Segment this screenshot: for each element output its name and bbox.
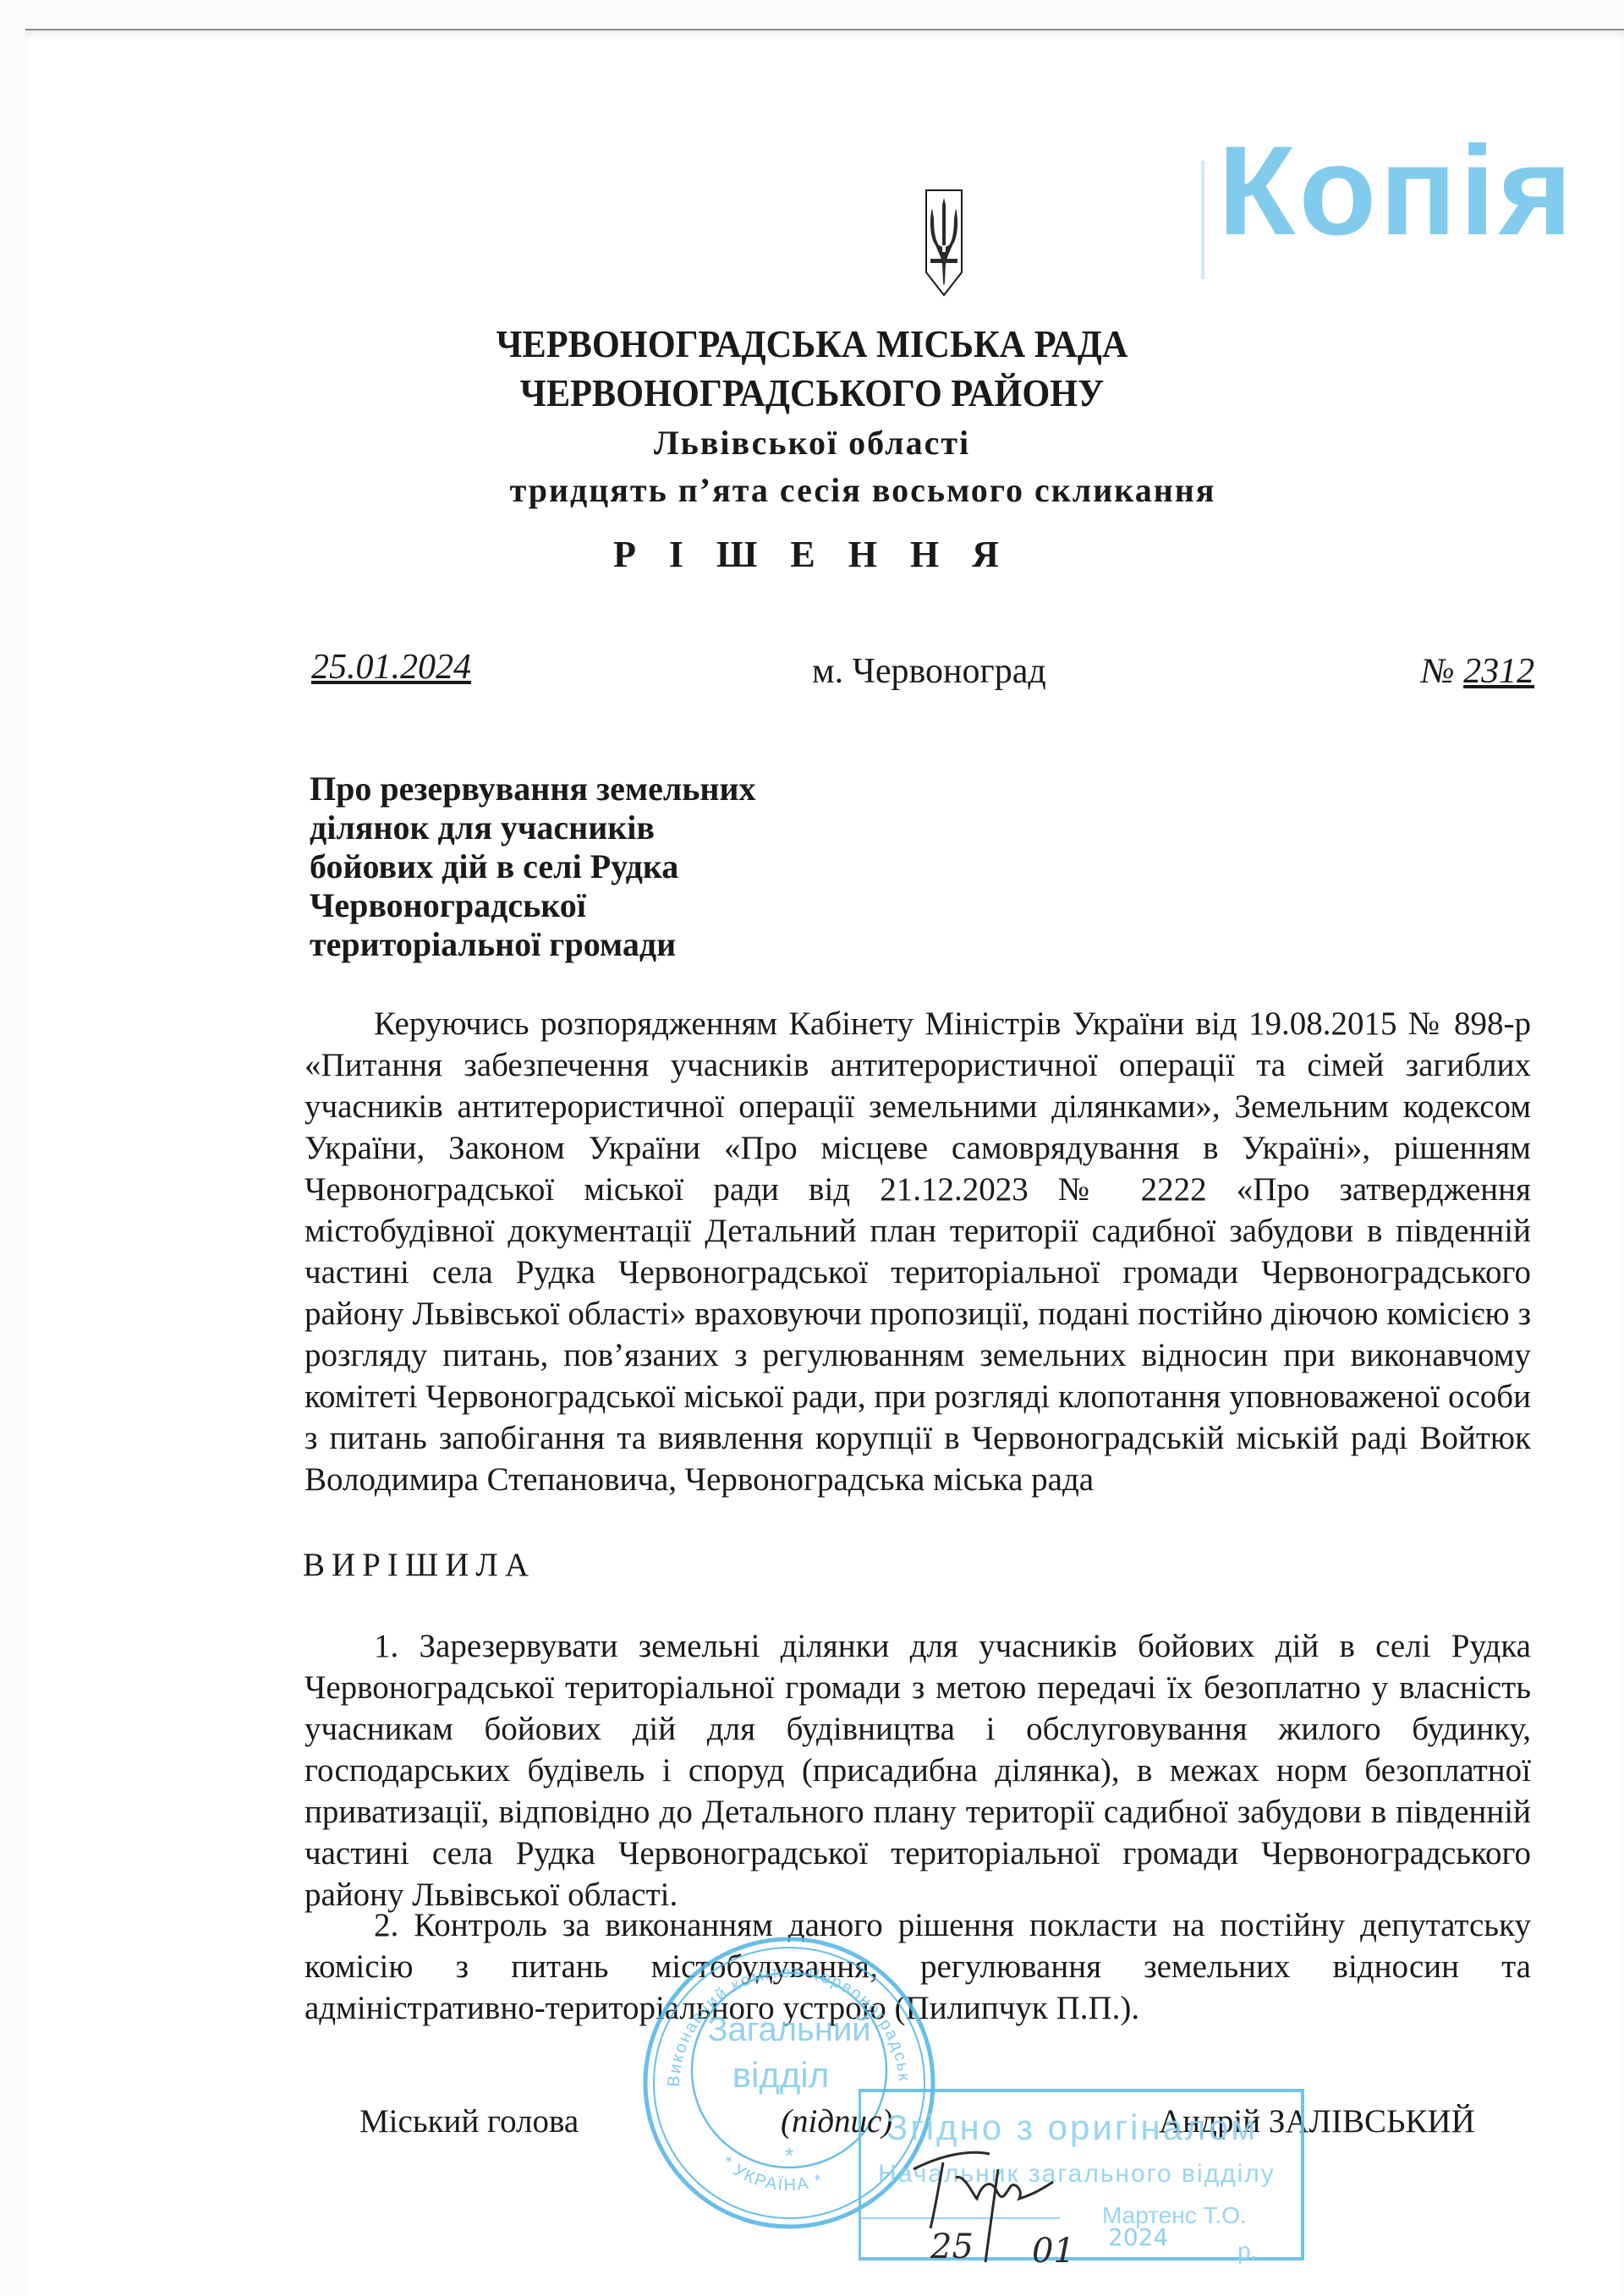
seal-star-icon: * — [785, 2143, 793, 2168]
decision-date: 25.01.2024 — [311, 647, 471, 688]
signatory-role: Міський голова — [359, 2102, 579, 2140]
cert-date-day: 25 — [930, 2228, 974, 2266]
decision-title: Про резервування земельних ділянок для у… — [310, 770, 817, 964]
seal-center-line-1: Загальний — [707, 2011, 870, 2048]
title-line: ділянок для учасників — [310, 808, 817, 847]
handwritten-signature: 25 01 2024 — [897, 2144, 1176, 2271]
resolved-heading: ВИРІШИЛА — [303, 1546, 535, 1584]
title-line: Про резервування земельних — [310, 770, 817, 808]
number-value: 2312 — [1463, 652, 1534, 691]
region-name: Львівської області — [0, 423, 1624, 463]
cert-date-year: 2024 — [1108, 2223, 1168, 2251]
copy-stamp: Копія — [1218, 127, 1576, 254]
svg-text:* УКРАЇНА *: * УКРАЇНА * — [718, 2153, 826, 2195]
title-line: територіальної громади — [310, 925, 817, 964]
council-name: ЧЕРВОНОГРАДСЬКА МІСЬКА РАДА — [65, 321, 1559, 366]
decision-city: м. Червоноград — [812, 651, 1046, 692]
seal-center-line-2: відділ — [732, 2055, 830, 2095]
document-type: Р І Ш Е Н Н Я — [0, 533, 1624, 576]
preamble-paragraph: Керуючись розпорядженням Кабінету Мініст… — [304, 1003, 1531, 1500]
session-name: тридцять п’ята сесія восьмого скликання — [51, 470, 1624, 510]
number-prefix: № — [1421, 652, 1463, 691]
cert-date-month: 01 — [1032, 2232, 1075, 2271]
decision-number: № 2312 — [1421, 651, 1534, 692]
cert-original-label: Згідно з оригіналом — [886, 2107, 1258, 2148]
title-line: бойових дій в селі Рудка — [310, 847, 817, 886]
seal-bottom-text: * УКРАЇНА * — [718, 2153, 826, 2195]
cert-year-suffix: р. — [1237, 2238, 1257, 2265]
coat-of-arms-icon — [924, 188, 964, 298]
copy-stamp-edge — [1201, 161, 1204, 279]
resolution-item-1: 1. Зарезервувати земельні ділянки для уч… — [304, 1625, 1531, 1915]
title-line: Червоноградської — [310, 886, 817, 925]
district-name: ЧЕРВОНОГРАДСЬКОГО РАЙОНУ — [65, 370, 1559, 415]
